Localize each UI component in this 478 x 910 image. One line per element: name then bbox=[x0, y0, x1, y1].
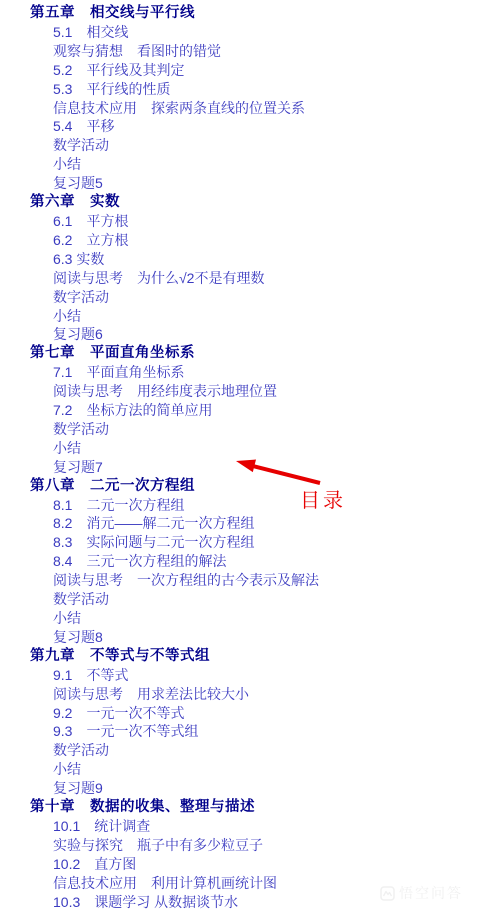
toc-item: 复习题6 bbox=[53, 325, 478, 344]
toc-item: 小结 bbox=[53, 609, 478, 628]
toc-item: 小结 bbox=[53, 307, 478, 326]
toc-item: 5.4 平移 bbox=[53, 117, 478, 136]
toc-item: 6.2 立方根 bbox=[53, 231, 478, 250]
toc-item: 小结 bbox=[53, 760, 478, 779]
toc-item: 复习题5 bbox=[53, 174, 478, 193]
watermark-text: 悟空问答 bbox=[399, 883, 463, 903]
toc-item: 8.2 消元——解二元一次方程组 bbox=[53, 514, 478, 533]
toc-item: 数学活动 bbox=[53, 590, 478, 609]
toc-item: 小结 bbox=[53, 439, 478, 458]
toc-item: 10.1 统计调查 bbox=[53, 817, 478, 836]
toc-item: 6.3 实数 bbox=[53, 250, 478, 269]
chapter-title: 第六章 实数 bbox=[30, 193, 478, 212]
annotation-label: 目录 bbox=[300, 484, 346, 513]
chapter-title: 第九章 不等式与不等式组 bbox=[30, 647, 478, 666]
toc-item: 阅读与思考 为什么√2不是有理数 bbox=[53, 269, 478, 288]
toc-item: 5.1 相交线 bbox=[53, 23, 478, 42]
toc-item: 实验与探究 瓶子中有多少粒豆子 bbox=[53, 836, 478, 855]
toc-item: 8.3 实际问题与二元一次方程组 bbox=[53, 533, 478, 552]
toc-item: 小结 bbox=[53, 155, 478, 174]
toc-item: 5.2 平行线及其判定 bbox=[53, 61, 478, 80]
toc-item: 数学活动 bbox=[53, 136, 478, 155]
chapter-title: 第十章 数据的收集、整理与描述 bbox=[30, 798, 478, 817]
toc-item: 数学活动 bbox=[53, 420, 478, 439]
toc-item: 观察与猜想 看图时的错觉 bbox=[53, 42, 478, 61]
toc-item: 阅读与思考 用经纬度表示地理位置 bbox=[53, 382, 478, 401]
toc-item: 信息技术应用 探索两条直线的位置关系 bbox=[53, 99, 478, 118]
table-of-contents: 第五章 相交线与平行线5.1 相交线观察与猜想 看图时的错觉5.2 平行线及其判… bbox=[0, 0, 478, 910]
toc-item: 7.2 坐标方法的简单应用 bbox=[53, 401, 478, 420]
chapter-title: 第五章 相交线与平行线 bbox=[30, 4, 478, 23]
toc-item: 数学活动 bbox=[53, 741, 478, 760]
toc-item: 阅读与思考 一次方程组的古今表示及解法 bbox=[53, 571, 478, 590]
toc-item: 数字活动 bbox=[53, 288, 478, 307]
toc-item: 复习题7 bbox=[53, 458, 478, 477]
chapter-title: 第七章 平面直角坐标系 bbox=[30, 344, 478, 363]
toc-item: 8.4 三元一次方程组的解法 bbox=[53, 552, 478, 571]
watermark-logo-icon bbox=[380, 886, 395, 901]
watermark: 悟空问答 bbox=[380, 883, 463, 903]
toc-item: 10.2 直方图 bbox=[53, 855, 478, 874]
toc-item: 9.1 不等式 bbox=[53, 666, 478, 685]
toc-item: 复习题8 bbox=[53, 628, 478, 647]
toc-item: 5.3 平行线的性质 bbox=[53, 80, 478, 99]
toc-item: 复习题9 bbox=[53, 779, 478, 798]
toc-item: 8.1 二元一次方程组 bbox=[53, 496, 478, 515]
toc-item: 7.1 平面直角坐标系 bbox=[53, 363, 478, 382]
toc-item: 9.2 一元一次不等式 bbox=[53, 704, 478, 723]
toc-item: 阅读与思考 用求差法比较大小 bbox=[53, 685, 478, 704]
toc-item: 9.3 一元一次不等式组 bbox=[53, 722, 478, 741]
toc-item: 6.1 平方根 bbox=[53, 212, 478, 231]
chapter-title: 第八章 二元一次方程组 bbox=[30, 477, 478, 496]
